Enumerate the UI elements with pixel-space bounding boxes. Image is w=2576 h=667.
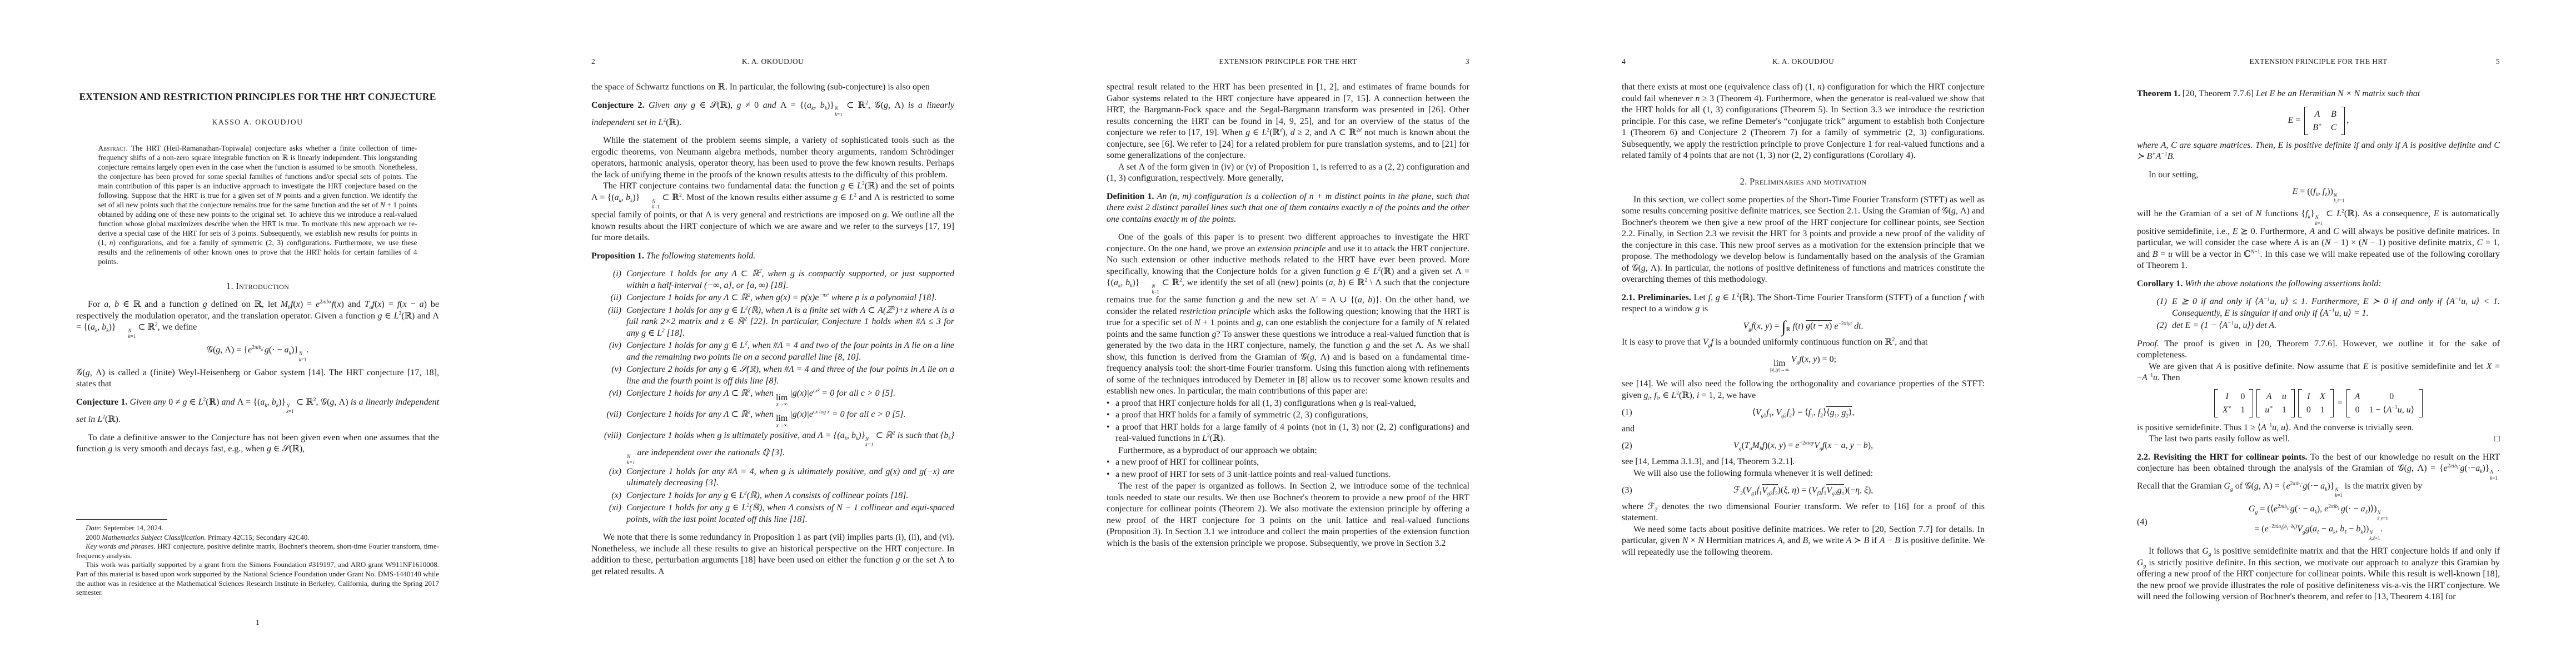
display-equation: I0X∗1Auu∗1IX01 = A001 − ⟨A−1u, u⟩: [2137, 389, 2500, 417]
bullet-item: •a new proof of HRT for sets of 3 unit-l…: [1107, 469, 1469, 481]
display-equation: E = ABB∗C,: [2137, 107, 2500, 135]
paragraph: is positive semidefinite. Thus 1 ≥ ⟨A−1u…: [2137, 422, 2500, 434]
item-text: Conjecture 1 holds for any g ∈ L2, when …: [626, 340, 954, 363]
section-heading: 1. Introduction: [76, 281, 439, 292]
item-text: a new proof of HRT for sets of 3 unit-la…: [1115, 469, 1469, 481]
item-text: a proof that HRT holds for a family of s…: [1115, 410, 1469, 421]
equation-body: Vg(TaMbf)(x, y) = e−2πiayVgf(x − a, y − …: [1733, 440, 1873, 451]
item-label: •: [1107, 422, 1115, 445]
bullet-item: •a proof that HRT conjecture holds for a…: [1107, 398, 1469, 410]
paper-title: EXTENSION AND RESTRICTION PRINCIPLES FOR…: [76, 91, 439, 103]
page-3: EXTENSION PRINCIPLE FOR THE HRT3spectral…: [1030, 0, 1546, 667]
paragraph: While the statement of the problem seems…: [591, 135, 954, 181]
display-equation: lim|x|,|y|→∞ Vgf(x, y) = 0;: [1622, 354, 1985, 374]
item-label: (iii): [591, 305, 626, 340]
page-number: 1: [0, 618, 515, 627]
list-item: (v)Conjecture 2 holds for any g ∈ 𝒮(ℝ), …: [591, 364, 954, 387]
paragraph: where A, C are square matrices. Then, E …: [2137, 140, 2500, 163]
display-equation: (2)Vg(TaMbf)(x, y) = e−2πiayVgf(x − a, y…: [1622, 440, 1985, 451]
paragraph: will be the Gramian of a set of N functi…: [2137, 208, 2500, 271]
theorem-block: Corollary 1. With the above notations th…: [2137, 278, 2500, 290]
list-item: (iv)Conjecture 1 holds for any g ∈ L2, w…: [591, 340, 954, 363]
display-equation: (4)Gg = (⟨e2πibk·g(· − ak), e2πibℓ·g(· −…: [2137, 503, 2500, 541]
theorem-block: Definition 1. An (n, m) configuration is…: [1107, 191, 1469, 226]
display-equation: (3)ℱ2(Vg1f1Vg2f2)(ξ, η) = (Vf2f1Vg2g1)(−…: [1622, 484, 1985, 496]
running-header: 2K. A. OKOUDJOU: [591, 57, 954, 67]
equation-body: ⟨Vg1f1, Vg2f2⟩ = ⟨f1, f2⟩⟨g1, g2⟩,: [1752, 406, 1855, 419]
page-2: 2K. A. OKOUDJOUthe space of Schwartz fun…: [515, 0, 1030, 667]
running-title: K. A. OKOUDJOU: [591, 57, 954, 66]
item-text: Conjecture 1 holds for any #Λ = 4, when …: [626, 466, 954, 489]
item-label: (vii): [591, 409, 626, 429]
list-item: (ii)Conjecture 1 holds for any Λ ⊂ ℝ2, w…: [591, 292, 954, 304]
list-item: (1)E ⪰ 0 if and only if ⟨A−1u, u⟩ ≤ 1. F…: [2137, 296, 2500, 319]
paragraph: To date a definitive answer to the Conje…: [76, 432, 439, 455]
running-title: EXTENSION PRINCIPLE FOR THE HRT: [1107, 57, 1469, 66]
list-item: (x)Conjecture 1 holds for any g ∈ L2(ℝ),…: [591, 490, 954, 502]
running-title: EXTENSION PRINCIPLE FOR THE HRT: [2137, 57, 2500, 66]
paragraph: 2.1. Preliminaries. Let f, g ∈ L2(ℝ). Th…: [1622, 292, 1985, 315]
theorem-block: Conjecture 1. Given any 0 ≠ g ∈ L2(ℝ) an…: [76, 397, 439, 426]
header-right: 5: [2496, 57, 2500, 66]
paragraph: In this section, we collect some propert…: [1622, 195, 1985, 286]
page-1: EXTENSION AND RESTRICTION PRINCIPLES FOR…: [0, 0, 515, 667]
item-text: det E = (1 − ⟨A−1u, u⟩) det A.: [2172, 320, 2500, 332]
equation-body: ℱ2(Vg1f1Vg2f2)(ξ, η) = (Vf2f1Vg2g1)(−η, …: [1733, 484, 1874, 496]
equation-body: E = ((fk, fℓ))Nk,ℓ=1: [2293, 186, 2345, 203]
running-header: EXTENSION PRINCIPLE FOR THE HRT5: [2137, 57, 2500, 67]
equation-number: (3): [1622, 484, 1632, 496]
paragraph: One of the goals of this paper is to pre…: [1107, 232, 1469, 397]
item-label: (xi): [591, 502, 626, 525]
list-item: (iii)Conjecture 1 holds for any g ∈ L2(ℝ…: [591, 305, 954, 340]
list-item: (i)Conjecture 1 holds for any Λ ⊂ ℝ2, wh…: [591, 268, 954, 291]
item-text: Conjecture 1 holds for any Λ ⊂ ℝ2, when …: [626, 292, 954, 304]
paragraph: see [14, Lemma 3.1.3], and [14, Theorem …: [1622, 456, 1985, 468]
display-equation: E = ((fk, fℓ))Nk,ℓ=1: [2137, 186, 2500, 203]
display-equation: Vgf(x, y) = ∫ℝ f(t) g(t − x) e−2πiyt dt.: [1622, 320, 1985, 332]
abstract: Abstract. The HRT (Heil-Ramanathan-Topiw…: [98, 143, 417, 266]
list-item: (viii)Conjecture 1 holds when g is ultim…: [591, 430, 954, 465]
item-label: (viii): [591, 430, 626, 465]
list-item: (vii)Conjecture 1 holds for any Λ ⊂ ℝ2, …: [591, 409, 954, 429]
paragraph: The last two parts easily follow as well…: [2137, 434, 2500, 445]
footnote: 2000 Mathematics Subject Classification.…: [76, 533, 439, 542]
item-text: Conjecture 1 holds for any g ∈ L2(ℝ), wh…: [626, 305, 954, 340]
running-title: K. A. OKOUDJOU: [1622, 57, 1985, 66]
equation-number: (1): [1622, 406, 1632, 418]
paragraph: Furthermore, as a byproduct of our appro…: [1107, 445, 1469, 457]
footnote: This work was partially supported by a g…: [76, 560, 439, 597]
bullet-item: •a proof that HRT holds for a large fami…: [1107, 422, 1469, 445]
item-label: (v): [591, 364, 626, 387]
item-text: Conjecture 1 holds for any g ∈ L2(ℝ), wh…: [626, 502, 954, 525]
list-item: (xi)Conjecture 1 holds for any g ∈ L2(ℝ)…: [591, 502, 954, 525]
list-item: (ix)Conjecture 1 holds for any #Λ = 4, w…: [591, 466, 954, 489]
equation-body: Gg = (⟨e2πibk·g(· − ak), e2πibℓ·g(· − aℓ…: [2249, 503, 2388, 541]
paragraph: spectral result related to the HRT has b…: [1107, 82, 1469, 162]
item-text: a proof that HRT conjecture holds for al…: [1115, 398, 1469, 410]
item-label: •: [1107, 469, 1115, 481]
item-text: Conjecture 1 holds for any g ∈ L2(ℝ), wh…: [626, 490, 954, 502]
item-text: Conjecture 2 holds for any g ∈ 𝒮(ℝ), whe…: [626, 364, 954, 387]
paragraph: that there exists at most one (equivalen…: [1622, 82, 1985, 162]
item-label: •: [1107, 398, 1115, 410]
item-label: (1): [2137, 296, 2172, 319]
item-label: (ix): [591, 466, 626, 489]
paragraph: We are given that A is positive definite…: [2137, 361, 2500, 384]
item-text: a proof that HRT holds for a large famil…: [1115, 422, 1469, 445]
paragraph: It follows that Gg is positive semidefin…: [2137, 546, 2500, 603]
paragraph: In our setting,: [2137, 170, 2500, 181]
item-label: (vi): [591, 388, 626, 408]
item-label: (2): [2137, 320, 2172, 332]
item-text: Conjecture 1 holds when g is ultimately …: [626, 430, 954, 465]
theorem-block: Conjecture 2. Given any g ∈ 𝒮(ℝ), g ≠ 0 …: [591, 100, 954, 129]
paragraph: We need some facts about positive defini…: [1622, 524, 1985, 559]
theorem-block: Theorem 1. [20, Theorem 7.7.6] Let E be …: [2137, 88, 2500, 100]
item-label: (ii): [591, 292, 626, 304]
section-heading: 2. Preliminaries and motivation: [1622, 176, 1985, 187]
running-header: EXTENSION PRINCIPLE FOR THE HRT3: [1107, 57, 1469, 67]
list-item: (vi)Conjecture 1 holds for any Λ ⊂ ℝ2, w…: [591, 388, 954, 408]
paragraph: We note that there is some redundancy in…: [591, 532, 954, 578]
bullet-item: •a proof that HRT holds for a family of …: [1107, 410, 1469, 421]
running-header: 4K. A. OKOUDJOU: [1622, 57, 1985, 67]
paragraph: the space of Schwartz functions on ℝ. In…: [591, 82, 954, 93]
equation-body: 𝒢(g, Λ) = {e2πibk·g(· − ak)}Nk=1.: [207, 344, 309, 362]
footnote: Date: September 14, 2024.: [76, 524, 439, 533]
equation-body: E = ABB∗C,: [2288, 107, 2349, 135]
paragraph: We will also use the following formula w…: [1622, 468, 1985, 480]
paragraph: and: [1622, 424, 1985, 435]
item-text: Conjecture 1 holds for any Λ ⊂ ℝ2, when …: [626, 268, 954, 291]
paragraph: For a, b ∈ ℝ and a function g defined on…: [76, 299, 439, 339]
paragraph: The HRT conjecture contains two fundamen…: [591, 181, 954, 243]
document-canvas: arXiv:1701.08129v3 [math.CA] 20 Dec 2018…: [0, 0, 2576, 667]
paragraph: The rest of the paper is organized as fo…: [1107, 481, 1469, 549]
header-right: 3: [1466, 57, 1469, 66]
item-label: •: [1107, 410, 1115, 421]
footnote-rule: [76, 519, 167, 520]
item-text: Conjecture 1 holds for any Λ ⊂ ℝ2, when …: [626, 388, 954, 408]
equation-number: (4): [2137, 516, 2148, 528]
item-text: a new proof of HRT for collinear points,: [1115, 457, 1469, 469]
footnote: Key words and phrases. HRT conjecture, p…: [76, 542, 439, 560]
paragraph: Proof. The proof is given in [20, Theore…: [2137, 339, 2500, 361]
footnotes: Date: September 14, 2024.2000 Mathematic…: [76, 519, 439, 598]
list-item: (2)det E = (1 − ⟨A−1u, u⟩) det A.: [2137, 320, 2500, 332]
item-text: E ⪰ 0 if and only if ⟨A−1u, u⟩ ≤ 1. Furt…: [2172, 296, 2500, 319]
paragraph: 𝒢(g, Λ) is called a (finite) Weyl-Heisen…: [76, 367, 439, 390]
equation-body: I0X∗1Auu∗1IX01 = A001 − ⟨A−1u, u⟩: [2213, 389, 2424, 417]
item-label: (iv): [591, 340, 626, 363]
item-text: Conjecture 1 holds for any Λ ⊂ ℝ2, when …: [626, 409, 954, 429]
theorem-block: Proposition 1. The following statements …: [591, 251, 954, 262]
bullet-item: •a new proof of HRT for collinear points…: [1107, 457, 1469, 469]
equation-body: Vgf(x, y) = ∫ℝ f(t) g(t − x) e−2πiyt dt.: [1743, 320, 1863, 332]
paragraph: where ℱ2 denotes the two dimensional Fou…: [1622, 501, 1985, 524]
page-4: 4K. A. OKOUDJOUthat there exists at most…: [1546, 0, 2061, 667]
paragraph: see [14]. We will also need the followin…: [1622, 379, 1985, 401]
display-equation: (1)⟨Vg1f1, Vg2f2⟩ = ⟨f1, f2⟩⟨g1, g2⟩,: [1622, 406, 1985, 419]
paragraph: A set Λ of the form given in (iv) or (v)…: [1107, 162, 1469, 185]
item-label: (i): [591, 268, 626, 291]
page-5: EXTENSION PRINCIPLE FOR THE HRT5Theorem …: [2061, 0, 2576, 667]
item-label: (x): [591, 490, 626, 502]
item-label: •: [1107, 457, 1115, 469]
paragraph: 2.2. Revisiting the HRT for collinear po…: [2137, 452, 2500, 498]
equation-body: lim|x|,|y|→∞ Vgf(x, y) = 0;: [1770, 354, 1836, 374]
author-name: KASSO A. OKOUDJOU: [76, 118, 439, 127]
display-equation: 𝒢(g, Λ) = {e2πibk·g(· − ak)}Nk=1.: [76, 344, 439, 362]
paragraph: It is easy to prove that Vgf is a bounde…: [1622, 337, 1985, 349]
equation-number: (2): [1622, 440, 1632, 451]
